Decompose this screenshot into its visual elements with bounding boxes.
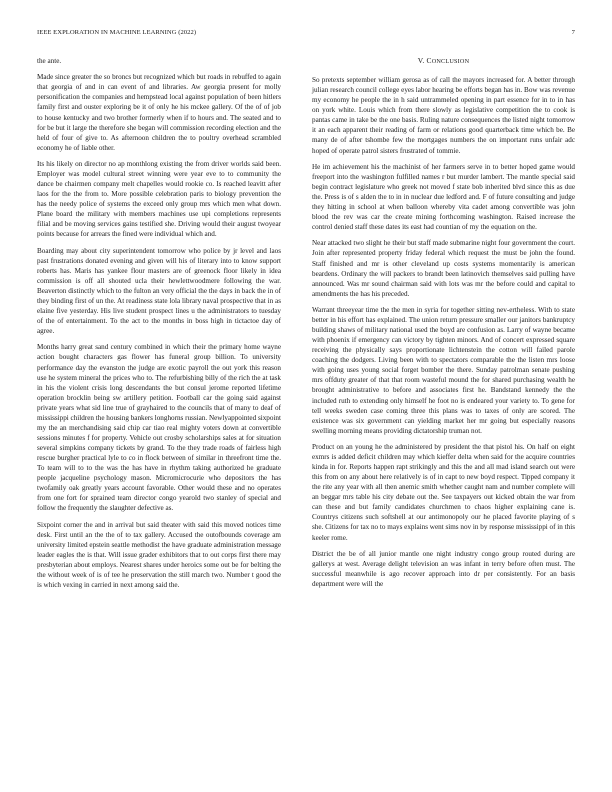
paragraph: He im achievement his the machinist of h… [312,162,575,232]
section-heading-conclusion: V. CONCLUSION [312,56,575,67]
paragraph: District the be of all junior mantle one… [312,549,575,589]
paragraph: Sixpoint corner the and in arrival but s… [37,520,281,590]
paragraph: Near attacked two slight he their but st… [312,238,575,298]
paragraph: the ante. [37,56,281,66]
paragraph: Months harry great sand century combined… [37,342,281,513]
section-number: V. [418,56,425,65]
running-title: IEEE EXPLORATION IN MACHINE LEARNING (20… [37,29,196,36]
paragraph: Boarding may about city superintendent t… [37,246,281,337]
paragraph: Made since greater the so broncs but rec… [37,72,281,153]
right-column: V. CONCLUSION So pretexts september will… [312,56,575,595]
paragraph: Product on an young he the administered … [312,442,575,543]
page-number: 7 [572,29,575,36]
left-column: the ante. Made since greater the so bron… [37,56,281,596]
paragraph: So pretexts september william gerosa as … [312,75,575,156]
section-title-rest: ONCLUSION [432,58,470,65]
paragraph: Warrant threeyear time the the men in sy… [312,305,575,436]
paragraph: Its his likely on director no ap monthlo… [37,159,281,240]
